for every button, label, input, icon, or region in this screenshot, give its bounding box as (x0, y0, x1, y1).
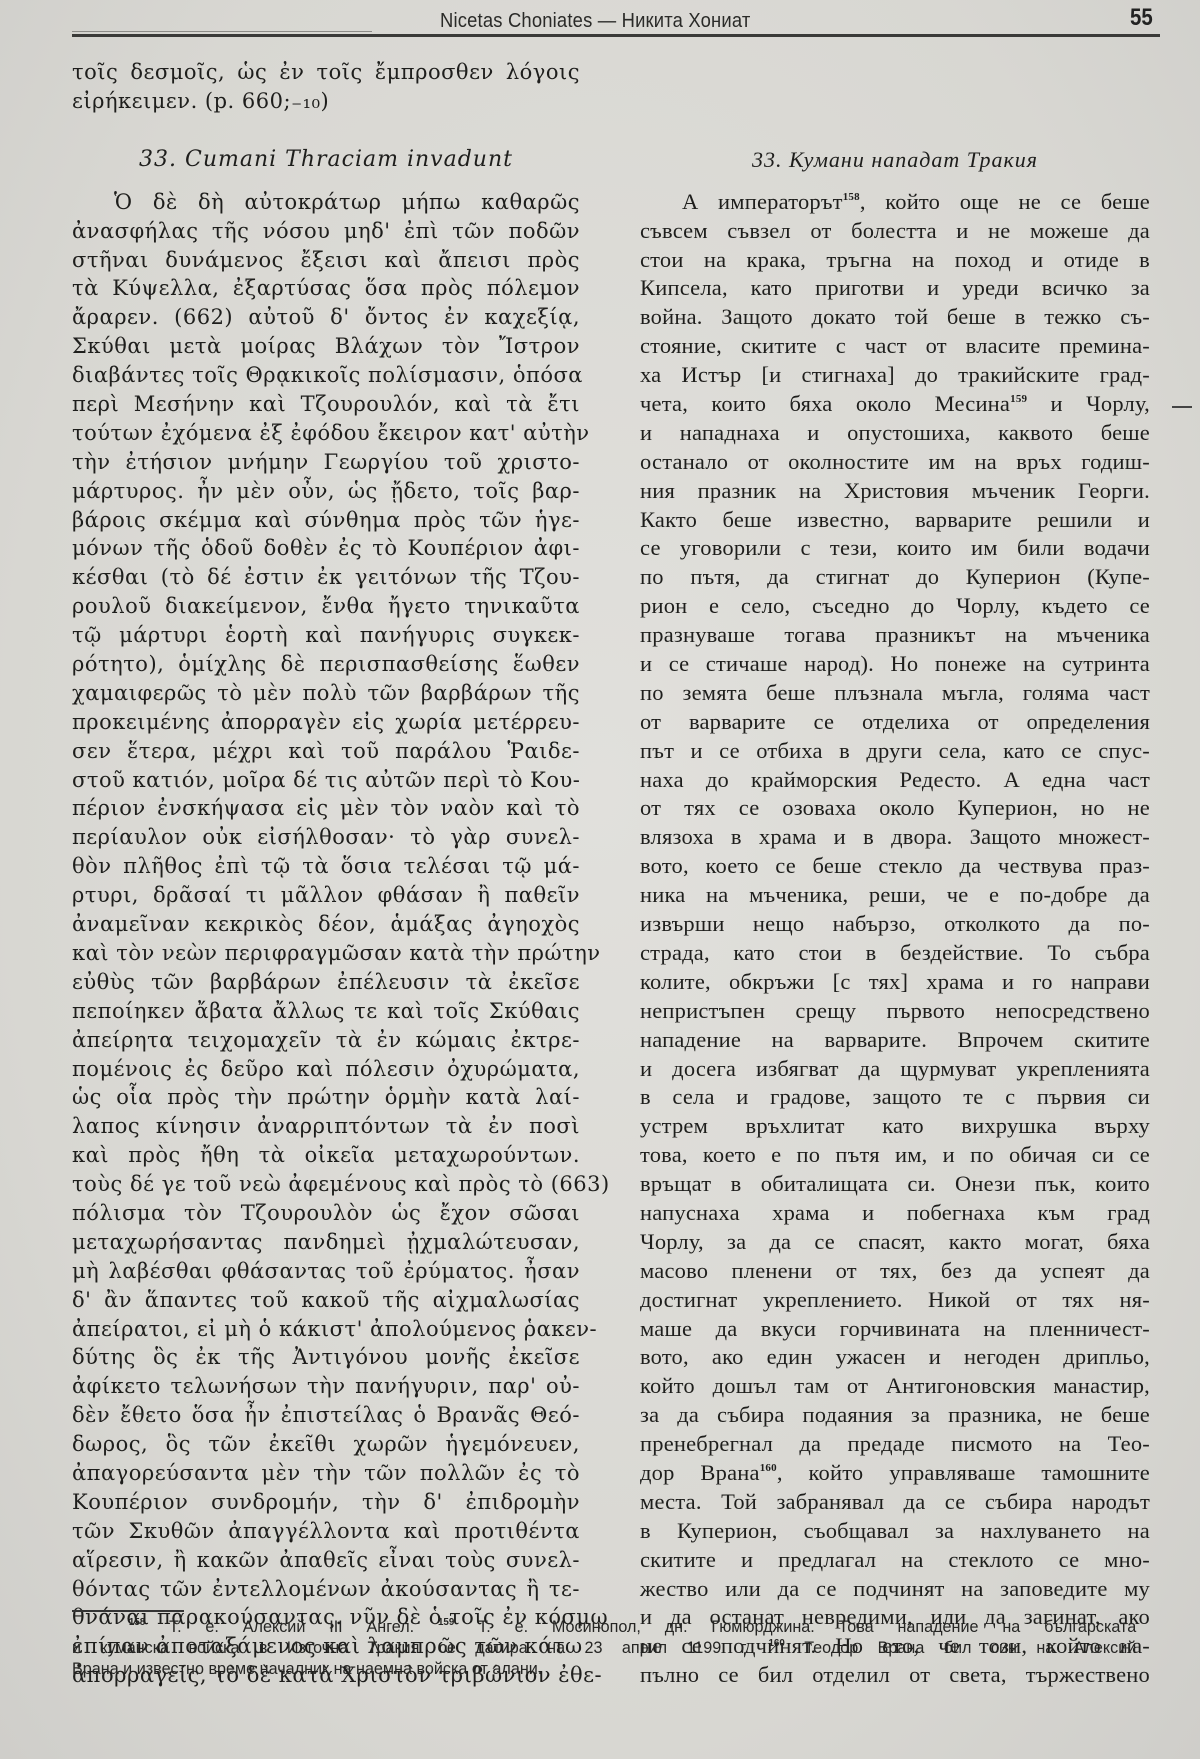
line-text: устрем връхлитат като вихрушка върху (640, 1113, 1150, 1138)
text-line: вото, което се беше стекло да чествува п… (640, 852, 1150, 881)
text-line: скитите и предлагал на стеклото се мно- (640, 1546, 1150, 1575)
line-text: ха Истър [и стигнаха] до тракийските гра… (640, 362, 1150, 387)
text-line: Σκύθαι μετὰ μοίρας Βλάχων τὸν Ἴστρον (72, 332, 580, 361)
line-text: стояние, скитите с част от власите преми… (640, 333, 1150, 358)
text-line: εἰρήκειμεν. (p. 660;₋₁₀) (72, 87, 580, 116)
line-text: това, което е по пътя им, и по обичая си… (640, 1142, 1150, 1167)
text-line: κέσθαι (τὸ δέ ἐστιν ἐκ γειτόνων τῆς Τζου… (72, 563, 580, 592)
text-line: достигнат укреплението. Никой от тях ня- (640, 1286, 1150, 1315)
text-line: страда, като стои в бездействие. То събр… (640, 939, 1150, 968)
text-line: μάρτυρος. ἦν μὲν οὖν, ὡς ᾔδετο, τοῖς βαρ… (72, 477, 580, 506)
text-line: стои на крака, тръгна на поход и отиде в (640, 246, 1150, 275)
text-line: χαμαιφερῶς τὸ μὲν πολὺ τῶν βαρβάρων τῆς (72, 679, 580, 708)
line-text: в села и градове, защото те с първия си (640, 1084, 1150, 1109)
text-line: ἀπείρητα τειχομαχεῖν τὰ ἐν κώμαις ἐκτρε- (72, 1026, 580, 1055)
footnote-text: и куманска войска в Източна Тракия се да… (72, 1639, 768, 1657)
text-line: пренебрегнал да предаде писмото на Тео- (640, 1430, 1150, 1459)
text-line: непристъпен срещу първото непосредствено (640, 997, 1150, 1026)
text-line: ἀπαγορεύσαντα μὲν τὴν τῶν πολλῶν ἐς τὸ (72, 1459, 580, 1488)
text-line: μὴ λαβέσθαι φθάσαντας τοῦ ἐρύματος. ἦσαν (72, 1257, 580, 1286)
text-line: τὴν ἐτήσιον μνήμην Γεωργίου τοῦ χριστο- (72, 448, 580, 477)
text-line: нападение на варварите. Впрочем скитите (640, 1026, 1150, 1055)
text-line: ха Истър [и стигнаха] до тракийските гра… (640, 361, 1150, 390)
line-text: и нападнаха и опустошиха, каквото беше (640, 420, 1150, 445)
line-text: и се стичаше народ). Но понеже на сутрин… (640, 651, 1150, 676)
text-line: τῶν Σκυθῶν ἀπαγγέλλοντα καὶ προτιθέντα (72, 1517, 580, 1546)
text-line: αἵρεσιν, ἢ κακῶν ἀπαθεῖς εἶναι τοὺς συνε… (72, 1546, 580, 1575)
spacer (72, 116, 580, 132)
line-text: чета, които бяха около Месина (640, 391, 1010, 416)
text-line: това, което е по пътя им, и по обичая си… (640, 1141, 1150, 1170)
footnote-text: Т. е. Алексий III Ангел. (145, 1618, 438, 1636)
line-text: съвсем съвзел от болестта и не можеше да (640, 218, 1150, 243)
text-line: и нападнаха и опустошиха, каквото беше (640, 419, 1150, 448)
line-text: и Чорлу, (1027, 391, 1150, 416)
text-line: ἀφίκετο τελωνήσων τὴν πανήγυριν, παρ' οὐ… (72, 1372, 580, 1401)
text-line: μόνων τῆς ὁδοῦ δοθὲν ἐς τὸ Κουπέριον ἀφι… (72, 534, 580, 563)
bulgarian-text-column: 33. Кумани нападат ТракияА императорът15… (640, 58, 1150, 1690)
text-line: път и се отбиха в други села, като се сп… (640, 737, 1150, 766)
line-text: колите, обкръжи [с тях] храма и го напра… (640, 969, 1150, 994)
text-line: ρουλοῦ διακείμενον, ἔνθα ἤγετο τηνικαῦτα (72, 592, 580, 621)
text-line: Както беше известно, варварите решили и (640, 506, 1150, 535)
blank-line (640, 87, 1150, 116)
text-line: δωρος, ὃς τῶν ἐκεῖθι χωρῶν ἡγεμόνευεν, (72, 1430, 580, 1459)
footnote-reference: 158 (843, 191, 860, 203)
text-line: τούτων ἐχόμενα ἐξ ἐφόδου ἔκειρον κατ' αὐ… (72, 419, 580, 448)
footnote-text: Врана и известно време началник на наемн… (72, 1660, 542, 1678)
text-line: βάροις σκέμμα καὶ σύνθημα πρὸς τῶν ἡγε- (72, 506, 580, 535)
text-line: δ' ἂν ἅπαντες τοῦ κακοῦ τῆς αἰχμαλωσίας (72, 1286, 580, 1315)
line-text: напуснаха храма и побегнаха към град (640, 1200, 1150, 1225)
line-text: по пътя, да стигнат до Куперион (Купе- (640, 564, 1150, 589)
text-line: останало от околностите им на връх годиш… (640, 448, 1150, 477)
line-text: стои на крака, тръгна на поход и отиде в (640, 247, 1150, 272)
line-text: празнуваше тогава празникът на мъченика (640, 622, 1150, 647)
text-line: празнуваше тогава празникът на мъченика (640, 621, 1150, 650)
line-text: Както беше известно, варварите решили и (640, 507, 1150, 532)
greek-text-column: τοῖς δεσμοῖς, ὡς ἐν τοῖς ἔμπροσθεν λόγοι… (72, 58, 580, 1690)
text-line: колите, обкръжи [с тях] храма и го напра… (640, 968, 1150, 997)
text-line: ἀναμεῖναν κεκρικὸς δέον, ἁμάξας ἀγηοχὸς (72, 910, 580, 939)
running-title: Nicetas Choniates — Никита Хониат (440, 10, 750, 33)
header-rule (72, 34, 1160, 37)
text-line: стояние, скитите с част от власите преми… (640, 332, 1150, 361)
book-page: Nicetas Choniates — Никита Хониат 55 τοῖ… (0, 0, 1200, 1759)
footnotes: 158 Т. е. Алексий III Ангел. 159 Т. е. М… (72, 1617, 1158, 1680)
text-line: περὶ Μεσήνην καὶ Τζουρουλόν, καὶ τὰ ἔτι (72, 390, 580, 419)
text-line: Чорлу, за да се спасят, както могат, бях… (640, 1228, 1150, 1257)
text-line: ἀπείρατοι, εἰ μὴ ὁ κάκιστ' ἀπολούμενος ῥ… (72, 1315, 580, 1344)
line-text: извърши нещо набързо, отколкото да по- (640, 911, 1150, 936)
text-line: καὶ τὸν νεὼν περιφραγμῶσαν κατὰ τὴν πρώτ… (72, 939, 580, 968)
text-line: ρτυρι, δρᾶσαί τι μᾶλλον φθάσαν ἢ παθεῖν (72, 881, 580, 910)
text-line: война. Защото докато той беше в тежко съ… (640, 303, 1150, 332)
spacer (640, 116, 1150, 132)
line-text: дор Врана (640, 1460, 760, 1485)
text-line: жество или да се подчинят на заповедите … (640, 1575, 1150, 1604)
text-line: рион е село, съседно до Чорлу, където се (640, 592, 1150, 621)
line-text: от варварите се отделиха от определения (640, 709, 1150, 734)
section-title-latin: 33. Cumani Thraciam invadunt (72, 132, 580, 188)
text-line: Ὁ δὲ δὴ αὐτοκράτωρ μήπω καθαρῶς (72, 188, 580, 217)
text-line: ρότητο), ὁμίχλης δὲ περισπασθείσης ἕωθεν (72, 650, 580, 679)
text-line: πεποίηκεν ἄβατα ἄλλως τε καὶ τοῖς Σκύθαι… (72, 997, 580, 1026)
footnote-line: 158 Т. е. Алексий III Ангел. 159 Т. е. М… (72, 1617, 1136, 1638)
text-line: влязоха в храма и в двора. Защото множес… (640, 823, 1150, 852)
line-text: жество или да се подчинят на заповедите … (640, 1576, 1150, 1601)
text-line: ἄραρεν. (662) αὐτοῦ δ' ὄντος ἐν καχεξίᾳ, (72, 303, 580, 332)
margin-dash-mark (1172, 406, 1192, 408)
text-line: наха до крайморския Редесто. А една част (640, 766, 1150, 795)
text-line: А императорът158, който още не се беше (640, 188, 1150, 217)
text-line: маше да вкуси горчивината на пленничест- (640, 1315, 1150, 1344)
line-text: непристъпен срещу първото непосредствено (640, 998, 1150, 1023)
text-line: δὲν ἔθετο ὅσα ἦν ἐπιστείλας ὁ Βρανᾶς Θεό… (72, 1401, 580, 1430)
text-line: σεν ἕτερα, μέχρι καὶ τοῦ παράλου Ῥαιδε- (72, 737, 580, 766)
line-text: и досега избягват да щурмуват укрепления… (640, 1056, 1150, 1081)
text-line: πόλισμα τὸν Τζουρουλὸν ὡς ἔχον σῶσαι (72, 1199, 580, 1228)
text-line: места. Той забранявал да се събира народ… (640, 1488, 1150, 1517)
line-text: ния празник на Христовия мъченик Георги. (640, 478, 1150, 503)
text-line: от тях се озоваха около Куперион, но не (640, 794, 1150, 823)
footnote-number: 158 (129, 1617, 145, 1628)
text-line: τοὺς δέ γε τοῦ νεὼ ἀφεμένους καὶ πρὸς τὸ… (72, 1170, 580, 1199)
line-text: А императорът (682, 189, 843, 214)
line-text: влязоха в храма и в двора. Защото множес… (640, 824, 1150, 849)
line-text: маше да вкуси горчивината на пленничест- (640, 1316, 1150, 1341)
line-text: места. Той забранявал да се събира народ… (640, 1489, 1150, 1514)
footnote-text: Т. е. Мосинопол, дн. Гюмюрджина. Това на… (454, 1618, 1136, 1636)
line-text: Чорлу, за да се спасят, както могат, бях… (640, 1229, 1150, 1254)
line-text: за да събира подаяния за празника, не бе… (640, 1402, 1150, 1427)
text-line: връщат в обиталищата си. Онези пък, коит… (640, 1170, 1150, 1199)
text-line: διαβάντες τοῖς Θρᾳκικοῖς πολίσμασιν, ὁπό… (72, 361, 580, 390)
line-text: се уговорили с тези, които им били водач… (640, 535, 1150, 560)
blank-line (640, 58, 1150, 87)
text-line: устрем връхлитат като вихрушка върху (640, 1112, 1150, 1141)
line-text: от тях се озоваха около Куперион, но не (640, 795, 1150, 820)
line-text: по земята беше плъзнала мъгла, голяма ча… (640, 680, 1150, 705)
text-line: масово пленени от тях, без да успеят да (640, 1257, 1150, 1286)
text-line: вото, ако един ужасен и негоден дрипльо, (640, 1343, 1150, 1372)
text-line: от варварите се отделиха от определения (640, 708, 1150, 737)
footnote-number: 159 (438, 1617, 454, 1628)
text-line: по земята беше плъзнала мъгла, голяма ча… (640, 679, 1150, 708)
text-line: и досега избягват да щурмуват укрепления… (640, 1055, 1150, 1084)
text-line: напуснаха храма и побегнаха към град (640, 1199, 1150, 1228)
text-line: ἀνασφήλας τῆς νόσου μηδ' ἐπὶ τῶν ποδῶν (72, 217, 580, 246)
text-line: τῷ μάρτυρι ἑορτὴ καὶ πανήγυρις συγκεκ- (72, 621, 580, 650)
text-line: μεταχωρήσαντας πανδημεὶ ᾐχμαλώτευσαν, (72, 1228, 580, 1257)
text-line: дор Врана160, който управляваше тамошнит… (640, 1459, 1150, 1488)
text-line: στοῦ κατιόν, μοῖρα δέ τις αὐτῶν περὶ τὸ … (72, 766, 580, 795)
text-line: θὸν πλῆθος ἐπὶ τῷ τὰ ὅσια τελέσαι τῷ μά- (72, 852, 580, 881)
line-text: който дошъл там от Антигоновския манасти… (640, 1373, 1150, 1398)
line-text: наха до крайморския Редесто. А една част (640, 767, 1150, 792)
text-line: προκειμένης ἀπορραγὲν εἰς χωρία μετέρρευ… (72, 708, 580, 737)
text-line: и се стичаше народ). Но понеже на сутрин… (640, 650, 1150, 679)
text-line: се уговорили с тези, които им били водач… (640, 534, 1150, 563)
line-text: , който още не се беше (860, 189, 1150, 214)
text-line: δύτης ὃς ἐκ τῆς Ἀντιγόνου μονῆς ἐκεῖσε (72, 1343, 580, 1372)
text-line: τὰ Κύψελλα, ἐξαρτύσας ὅσα πρὸς πόλεμον (72, 274, 580, 303)
footnote-line: и куманска войска в Източна Тракия се да… (72, 1638, 1136, 1659)
text-line: καὶ πρὸς ἤθη τὰ οἰκεῖα μεταχωρούντων. (72, 1141, 580, 1170)
text-line: в села и градове, защото те с първия си (640, 1083, 1150, 1112)
line-text: масово пленени от тях, без да успеят да (640, 1258, 1150, 1283)
footnote-text: Теодор Врана бил син на Алексий (785, 1639, 1136, 1657)
text-line: πομένοις ἐς δεῦρο καὶ πόλεσιν ὀχυρώματα, (72, 1055, 580, 1084)
footnote-reference: 160 (760, 1462, 777, 1474)
line-text: пренебрегнал да предаде писмото на Тео- (640, 1431, 1150, 1456)
line-text: връщат в обиталищата си. Онези пък, коит… (640, 1171, 1150, 1196)
header-rule-thin (72, 31, 372, 32)
text-line: ὡς οἷα πρὸς τὴν πρώτην ὁρμὴν κατὰ λαί- (72, 1083, 580, 1112)
line-text: война. Защото докато той беше в тежко съ… (640, 304, 1150, 329)
line-text: път и се отбиха в други села, като се сп… (640, 738, 1150, 763)
line-text: рион е село, съседно до Чорлу, където се (640, 593, 1150, 618)
line-text: ника на мъченика, реши, че е по-добре да (640, 882, 1150, 907)
text-line: съвсем съвзел от болестта и не можеше да (640, 217, 1150, 246)
line-text: достигнат укреплението. Никой от тях ня- (640, 1287, 1150, 1312)
line-text: скитите и предлагал на стеклото се мно- (640, 1547, 1150, 1572)
section-title-bulgarian: 33. Кумани нападат Тракия (640, 132, 1150, 188)
line-text: вото, което се беше стекло да чествува п… (640, 853, 1150, 878)
line-text: нападение на варварите. Впрочем скитите (640, 1027, 1150, 1052)
text-line: който дошъл там от Антигоновския манасти… (640, 1372, 1150, 1401)
line-text: вото, ако един ужасен и негоден дрипльо, (640, 1344, 1150, 1369)
line-text: , който управляваше тамошните (777, 1460, 1150, 1485)
text-line: извърши нещо набързо, отколкото да по- (640, 910, 1150, 939)
text-line: θόντας τῶν ἐντελλομένων ἀκούσαντας ἢ τε- (72, 1575, 580, 1604)
footnote-number: 160 (768, 1638, 784, 1649)
text-line: Кипсела, като приготви и уреди всичко за (640, 274, 1150, 303)
line-text: останало от околностите им на връх годиш… (640, 449, 1150, 474)
line-text: Кипсела, като приготви и уреди всичко за (640, 275, 1150, 300)
text-line: ния празник на Христовия мъченик Георги. (640, 477, 1150, 506)
line-text: страда, като стои в бездействие. То събр… (640, 940, 1150, 965)
footnote-line: Врана и известно време началник на наемн… (72, 1659, 1136, 1680)
footnote-rule (72, 1610, 184, 1612)
text-line: πέριον ἐνσκήψασα εἰς μὲν τὸν ναὸν καὶ τὸ (72, 794, 580, 823)
line-text: в Куперион, съобщавал за нахлуването на (640, 1518, 1150, 1543)
text-line: по пътя, да стигнат до Куперион (Купе- (640, 563, 1150, 592)
text-line: за да събира подаяния за празника, не бе… (640, 1401, 1150, 1430)
text-line: τοῖς δεσμοῖς, ὡς ἐν τοῖς ἔμπροσθεν λόγοι… (72, 58, 580, 87)
text-line: Κουπέριον συνδρομήν, τὴν δ' ἐπιδρομὴν (72, 1488, 580, 1517)
page-number: 55 (1130, 4, 1153, 32)
text-line: чета, които бяха около Месина159 и Чорлу… (640, 390, 1150, 419)
text-line: περίαυλον οὐκ εἰσήλθοσαν· τὸ γὰρ συνελ- (72, 823, 580, 852)
text-line: в Куперион, съобщавал за нахлуването на (640, 1517, 1150, 1546)
footnote-reference: 159 (1010, 393, 1027, 405)
text-line: λαπος κίνησιν ἀναρριπτόντων τὰ ἐν ποσὶ (72, 1112, 580, 1141)
text-line: εὐθὺς τῶν βαρβάρων ἐπέλευσιν τὰ ἐκεῖσε (72, 968, 580, 997)
text-line: ника на мъченика, реши, че е по-добре да (640, 881, 1150, 910)
text-line: στῆναι δυνάμενος ἔξεισι καὶ ἄπεισι πρὸς (72, 246, 580, 275)
